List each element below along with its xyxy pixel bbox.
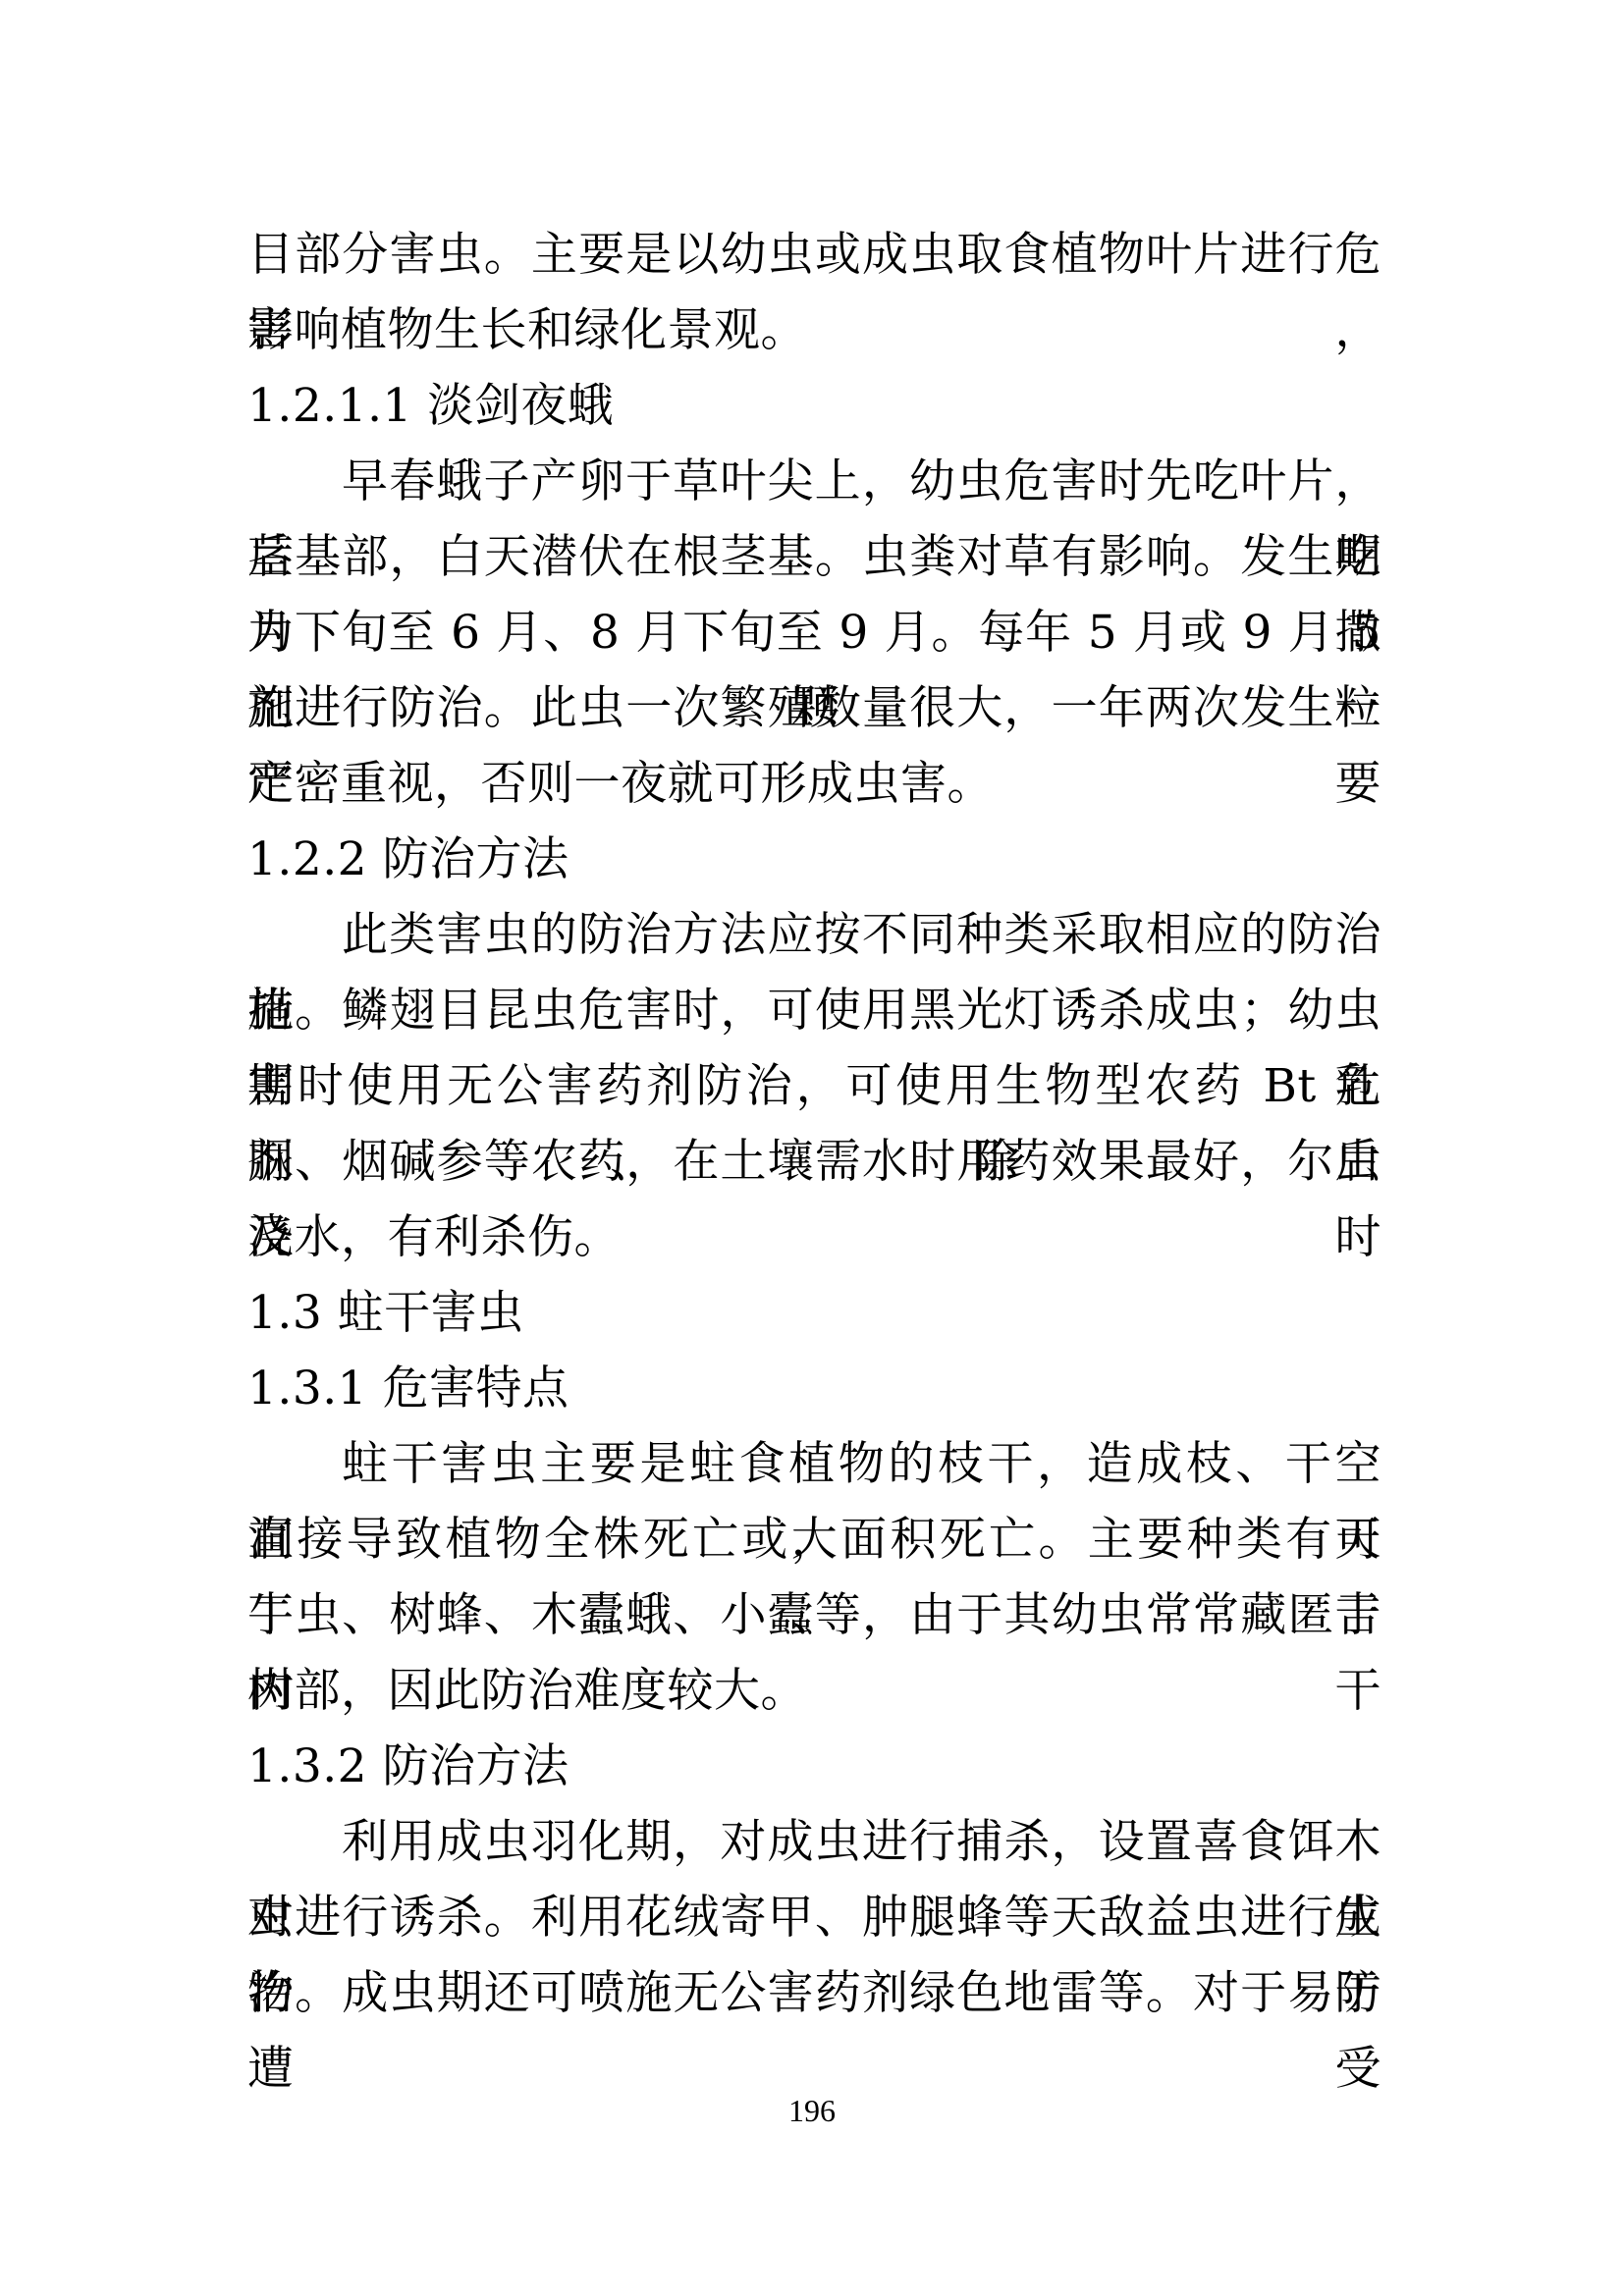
text-line: 剂进行防治。此虫一次繁殖数量很大，一年两次发生一定要 [247,670,1381,746]
section-heading: 1.3.1 危害特点 [247,1351,1381,1426]
section-heading: 1.2.2 防治方法 [247,822,1381,897]
text-line: 利用成虫羽化期，对成虫进行捕杀，设置喜食饵木对成 [247,1804,1381,1880]
text-line: 治。成虫期还可喷施无公害药剂绿色地雷等。对于易于遭受 [247,1955,1381,2031]
section-heading: 1.3 蛀干害虫 [247,1275,1381,1351]
text-line: 虫进行诱杀。利用花绒寄甲、肿腿蜂等天敌益虫进行生物防 [247,1880,1381,1955]
text-line: 施。鳞翅目昆虫危害时，可使用黑光灯诱杀成虫；幼虫期危 [247,973,1381,1048]
document-page: 目部分害虫。主要是以幼虫或成虫取食植物叶片进行危害， 影响植物生长和绿化景观。 … [0,0,1624,2296]
text-line: 害时使用无公害药剂防治，可使用生物型农药 Bt 乳剂、除虫 [247,1048,1381,1124]
text-line: 月下旬至 6 月、8 月下旬至 9 月。每年 5 月或 9 月撒施颗粒 [247,595,1381,670]
section-heading: 1.3.2 防治方法 [247,1729,1381,1804]
text-line: 直接导致植物全株死亡或大面积死亡。主要种类有天牛、吉 [247,1502,1381,1577]
text-line: 丁虫、树蜂、木蠹蛾、小蠹等，由于其幼虫常常藏匿于树干 [247,1577,1381,1653]
text-line: 此类害虫的防治方法应按不同种类采取相应的防治措 [247,897,1381,973]
section-heading: 1.2.1.1 淡剑夜蛾 [247,368,1381,444]
text-line: 蛀干害虫主要是蛀食植物的枝干，造成枝、干空洞，可 [247,1426,1381,1502]
text-line: 早春蛾子产卵于草叶尖上，幼虫危害时先吃叶片，后吃 [247,444,1381,519]
text-line: 脲、烟碱参等农药，在土壤需水时用药效果最好，尔后及时 [247,1124,1381,1200]
text-line: 茎基部，白天潜伏在根茎基。虫粪对草有影响。发生期为 5 [247,519,1381,595]
body-text: 目部分害虫。主要是以幼虫或成虫取食植物叶片进行危害， 影响植物生长和绿化景观。 … [247,217,1381,2031]
text-line: 目部分害虫。主要是以幼虫或成虫取食植物叶片进行危害， [247,217,1381,293]
page-number: 196 [0,2089,1624,2132]
